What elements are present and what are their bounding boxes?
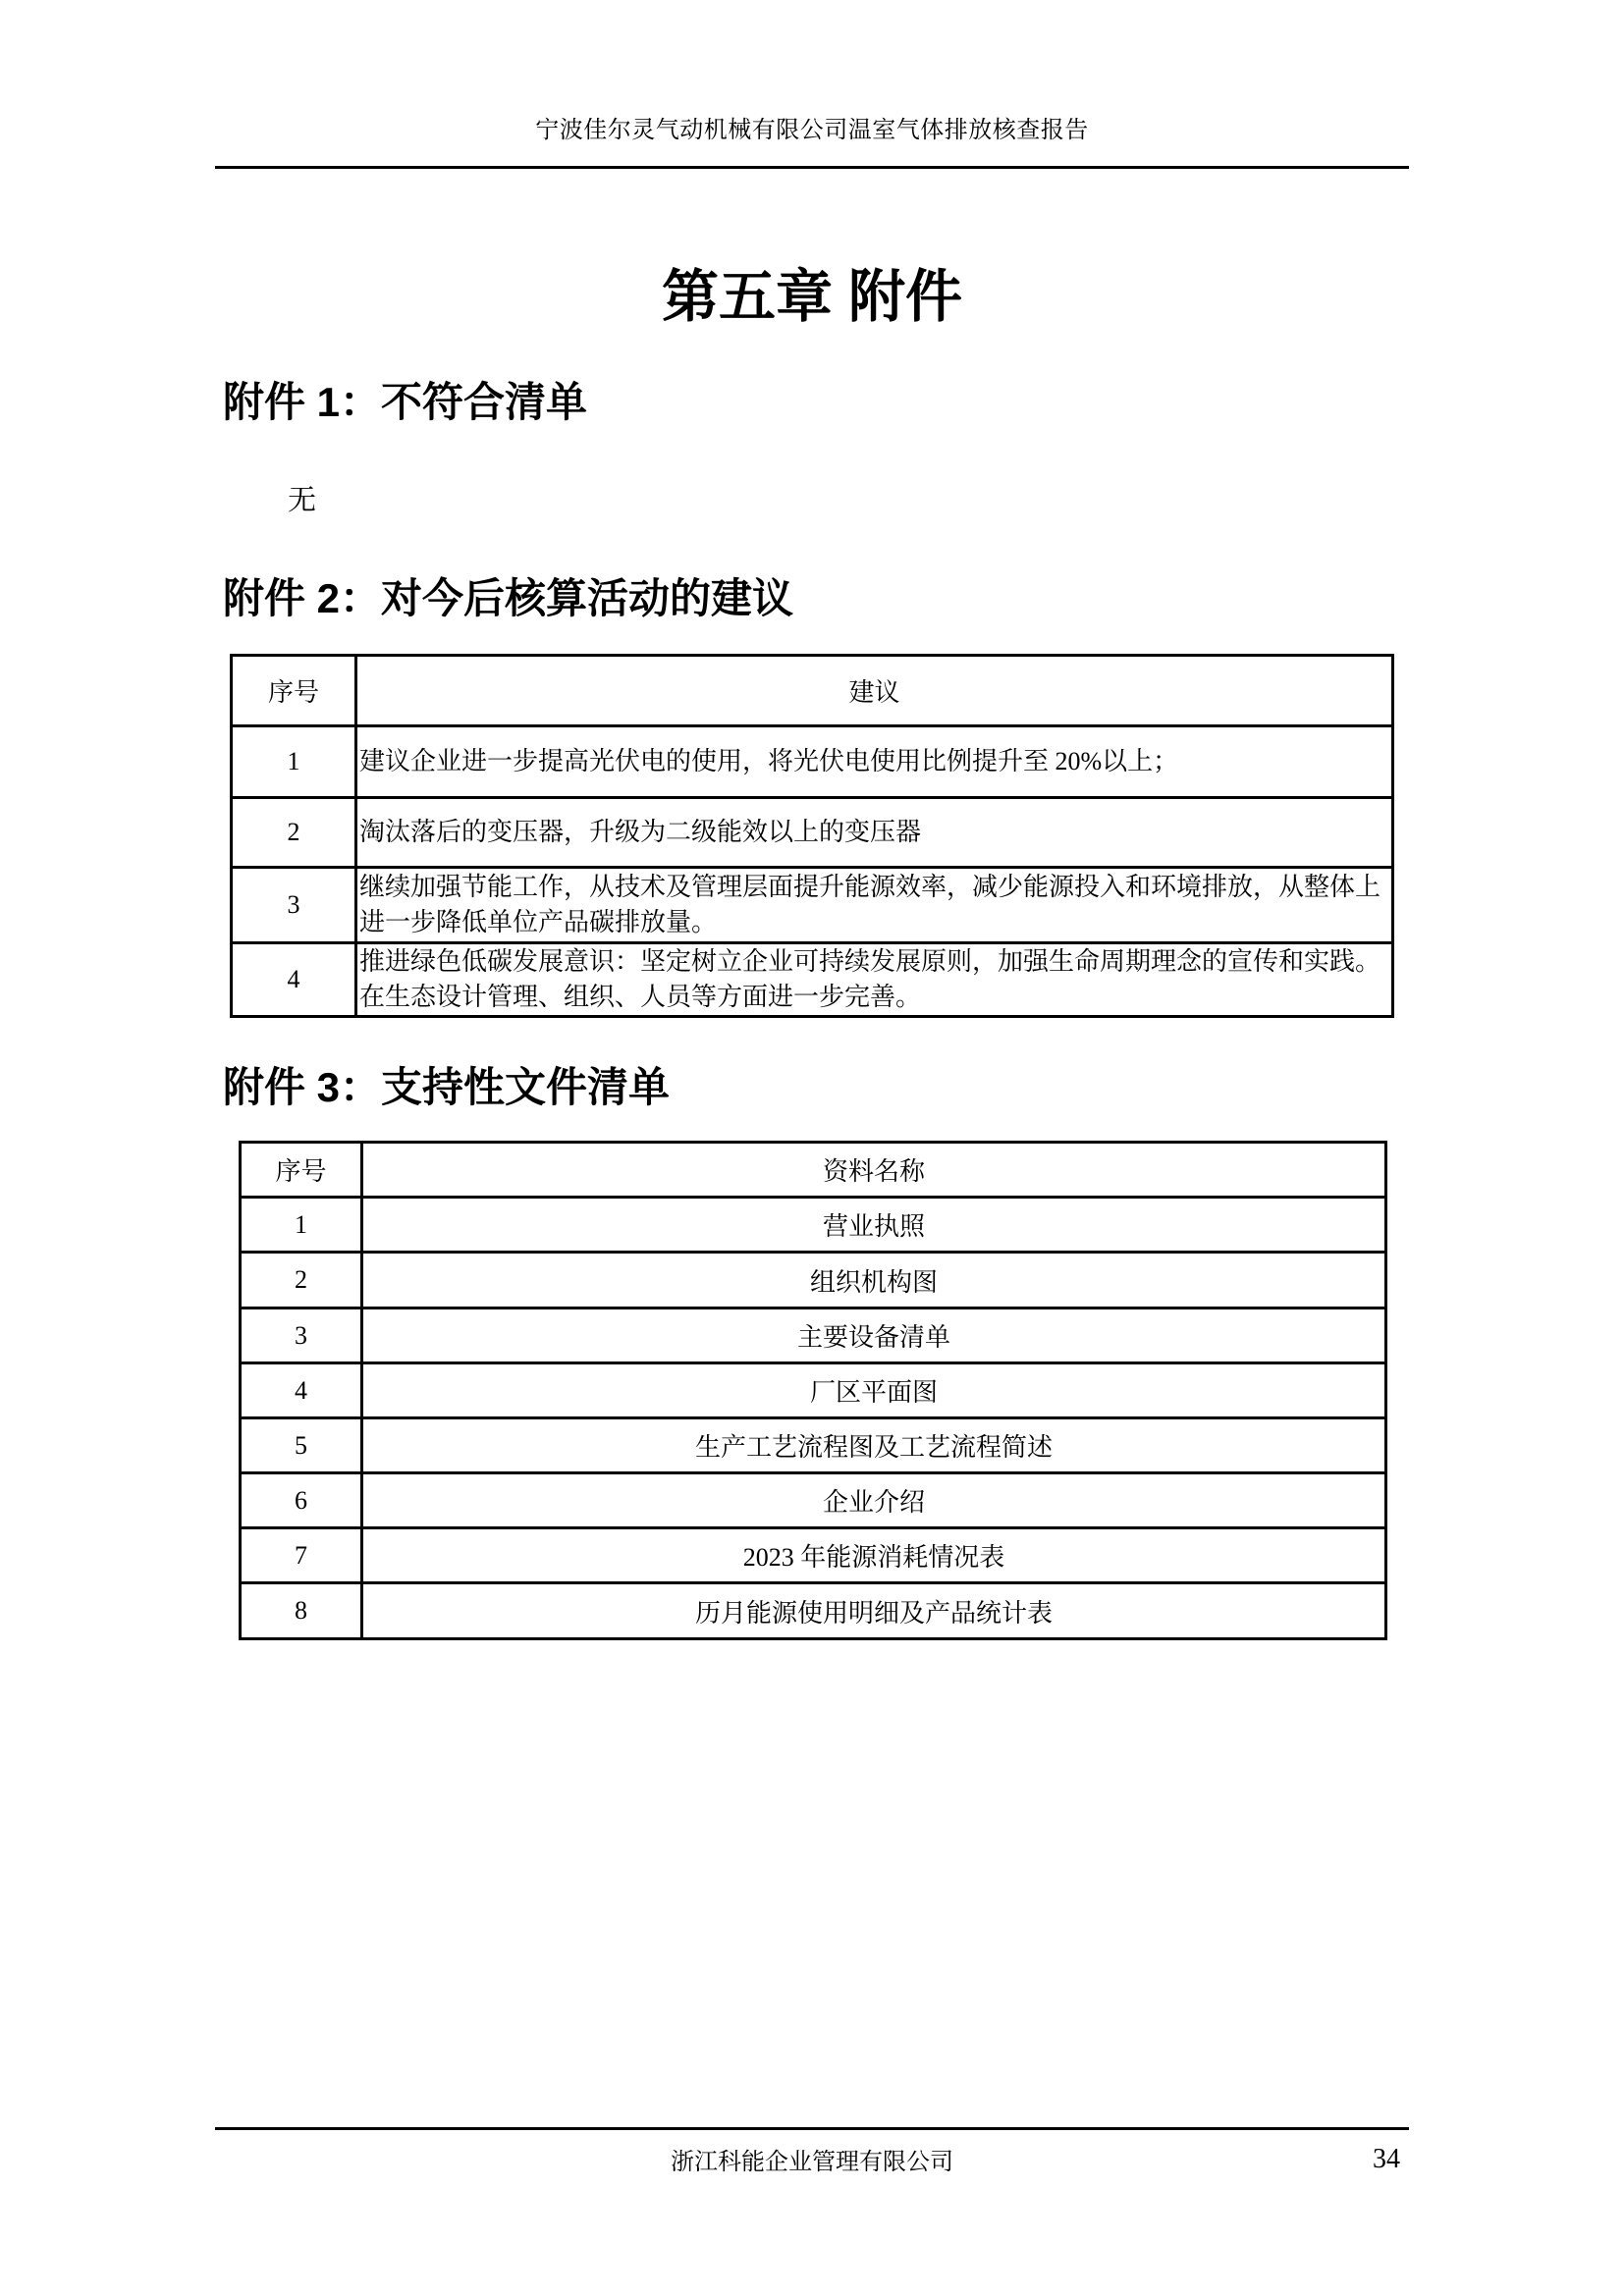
document-name: 2023 年能源消耗情况表 <box>362 1528 1386 1583</box>
document-name: 营业执照 <box>362 1198 1386 1253</box>
supporting-documents-table: 序号 资料名称 1 营业执照 2 组织机构图 3 主要设备清单 4 厂区平面图 … <box>239 1141 1387 1640</box>
row-number: 6 <box>241 1473 362 1528</box>
row-number: 4 <box>232 943 356 1017</box>
column-header-document-name: 资料名称 <box>362 1143 1386 1198</box>
table-row: 2 淘汰落后的变压器，升级为二级能效以上的变压器 <box>232 798 1393 868</box>
document-name: 历月能源使用明细及产品统计表 <box>362 1583 1386 1639</box>
document-name: 主要设备清单 <box>362 1308 1386 1363</box>
table-header-row: 序号 资料名称 <box>241 1143 1386 1198</box>
table-row: 4 厂区平面图 <box>241 1363 1386 1418</box>
table-header-row: 序号 建议 <box>232 656 1393 726</box>
table-row: 2 组织机构图 <box>241 1253 1386 1308</box>
document-name: 组织机构图 <box>362 1253 1386 1308</box>
footer-rule <box>215 2127 1409 2130</box>
table-row: 6 企业介绍 <box>241 1473 1386 1528</box>
suggestions-table: 序号 建议 1 建议企业进一步提高光伏电的使用，将光伏电使用比例提升至 20%以… <box>230 654 1394 1018</box>
row-number: 2 <box>241 1253 362 1308</box>
table-row: 7 2023 年能源消耗情况表 <box>241 1528 1386 1583</box>
row-number: 4 <box>241 1363 362 1418</box>
table-row: 8 历月能源使用明细及产品统计表 <box>241 1583 1386 1639</box>
row-number: 3 <box>241 1308 362 1363</box>
table-row: 1 建议企业进一步提高光伏电的使用，将光伏电使用比例提升至 20%以上； <box>232 726 1393 798</box>
section-title-attachment-1: 附件 1：不符合清单 <box>223 377 587 428</box>
table-row: 5 生产工艺流程图及工艺流程简述 <box>241 1418 1386 1473</box>
row-number: 3 <box>232 868 356 943</box>
document-name: 生产工艺流程图及工艺流程简述 <box>362 1418 1386 1473</box>
table-row: 1 营业执照 <box>241 1198 1386 1253</box>
table-row: 3 主要设备清单 <box>241 1308 1386 1363</box>
attachment-1-content: 无 <box>288 483 316 518</box>
row-number: 1 <box>232 726 356 798</box>
row-number: 7 <box>241 1528 362 1583</box>
document-name: 厂区平面图 <box>362 1363 1386 1418</box>
row-number: 1 <box>241 1198 362 1253</box>
footer-company: 浙江科能企业管理有限公司 <box>215 2148 1409 2177</box>
section-title-attachment-3: 附件 3：支持性文件清单 <box>223 1062 670 1113</box>
document-name: 企业介绍 <box>362 1473 1386 1528</box>
column-header-suggestion: 建议 <box>356 656 1393 726</box>
suggestion-text: 推进绿色低碳发展意识：坚定树立企业可持续发展原则，加强生命周期理念的宣传和实践。… <box>356 943 1393 1017</box>
suggestion-text: 继续加强节能工作，从技术及管理层面提升能源效率，减少能源投入和环境排放，从整体上… <box>356 868 1393 943</box>
table-row: 3 继续加强节能工作，从技术及管理层面提升能源效率，减少能源投入和环境排放，从整… <box>232 868 1393 943</box>
section-title-attachment-2: 附件 2：对今后核算活动的建议 <box>223 573 793 624</box>
suggestion-text: 建议企业进一步提高光伏电的使用，将光伏电使用比例提升至 20%以上； <box>356 726 1393 798</box>
column-header-no: 序号 <box>241 1143 362 1198</box>
row-number: 2 <box>232 798 356 868</box>
row-number: 5 <box>241 1418 362 1473</box>
table-row: 4 推进绿色低碳发展意识：坚定树立企业可持续发展原则，加强生命周期理念的宣传和实… <box>232 943 1393 1017</box>
header-rule <box>215 166 1409 169</box>
row-number: 8 <box>241 1583 362 1639</box>
chapter-title: 第五章 附件 <box>215 263 1409 332</box>
column-header-no: 序号 <box>232 656 356 726</box>
running-header: 宁波佳尔灵气动机械有限公司温室气体排放核查报告 <box>215 116 1409 145</box>
page-number: 34 <box>1355 2144 1400 2175</box>
suggestion-text: 淘汰落后的变压器，升级为二级能效以上的变压器 <box>356 798 1393 868</box>
